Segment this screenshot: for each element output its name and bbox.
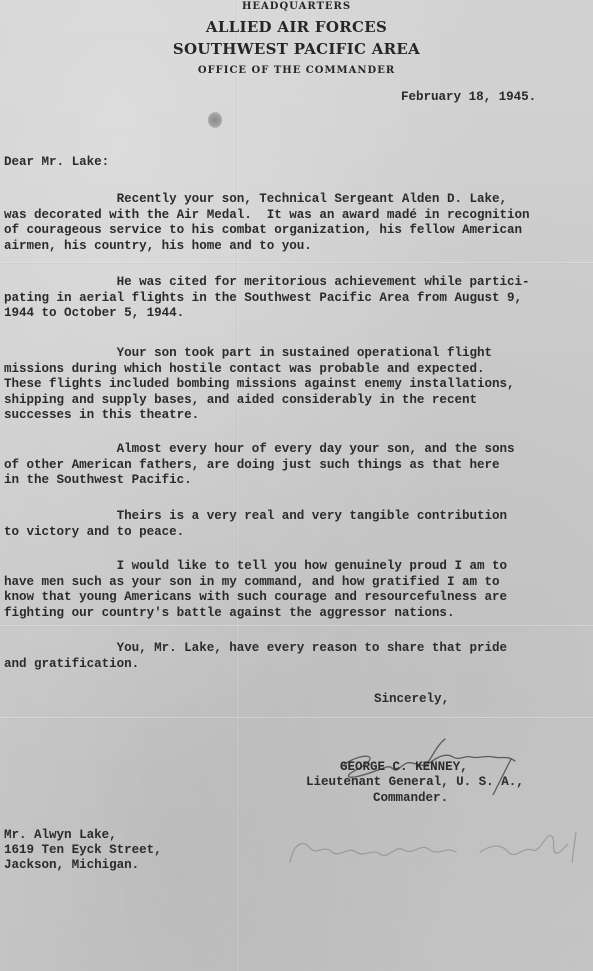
body-paragraph: Almost every hour of every day your son,… [4,442,515,489]
letterhead-headquarters: HEADQUARTERS [0,1,593,12]
paragraph-line: and gratification. [4,657,507,673]
paragraph-line: Recently your son, Technical Sergeant Al… [4,192,530,208]
letter-page: HEADQUARTERS ALLIED AIR FORCES SOUTHWEST… [0,0,593,971]
address-line-city: Jackson, Michigan. [4,858,139,874]
fold-line [0,717,593,719]
address-line-name: Mr. Alwyn Lake, [4,828,117,844]
paragraph-line: Theirs is a very real and very tangible … [4,509,507,525]
salutation: Dear Mr. Lake: [4,155,109,171]
punch-hole-mark [208,112,222,128]
paragraph-line: was decorated with the Air Medal. It was… [4,208,530,224]
address-line-street: 1619 Ten Eyck Street, [4,843,162,859]
paragraph-line: missions during which hostile contact wa… [4,362,515,378]
paragraph-line: fighting our country's battle against th… [4,606,507,622]
letterhead-allied-air-forces: ALLIED AIR FORCES [0,18,593,36]
paragraph-line: Your son took part in sustained operatio… [4,346,515,362]
paragraph-line: successes in this theatre. [4,408,515,424]
signer-role: Commander. [373,791,448,807]
letterhead-southwest-pacific-area: SOUTHWEST PACIFIC AREA [0,40,593,58]
letter-date: February 18, 1945. [401,90,536,106]
paragraph-line: of courageous service to his combat orga… [4,223,530,239]
paragraph-line: to victory and to peace. [4,525,507,541]
body-paragraph: Recently your son, Technical Sergeant Al… [4,192,530,254]
paragraph-line: I would like to tell you how genuinely p… [4,559,507,575]
body-paragraph: I would like to tell you how genuinely p… [4,559,507,621]
fold-line [0,625,593,627]
body-paragraph: Theirs is a very real and very tangible … [4,509,507,540]
paragraph-line: in the Southwest Pacific. [4,473,515,489]
body-paragraph: You, Mr. Lake, have every reason to shar… [4,641,507,672]
signer-name: GEORGE C. KENNEY, [340,760,468,776]
paragraph-line: have men such as your son in my command,… [4,575,507,591]
letterhead-office-of-commander: OFFICE OF THE COMMANDER [0,65,593,76]
pencil-note-scribble [280,822,585,872]
paragraph-line: shipping and supply bases, and aided con… [4,393,515,409]
paragraph-line: airmen, his country, his home and to you… [4,239,530,255]
paragraph-line: of other American fathers, are doing jus… [4,458,515,474]
fold-line [0,262,593,264]
signer-title: Lieutenant General, U. S. A., [306,775,524,791]
paragraph-line: He was cited for meritorious achievement… [4,275,530,291]
paragraph-line: Almost every hour of every day your son,… [4,442,515,458]
body-paragraph: He was cited for meritorious achievement… [4,275,530,322]
paragraph-line: 1944 to October 5, 1944. [4,306,530,322]
paragraph-line: You, Mr. Lake, have every reason to shar… [4,641,507,657]
paragraph-line: These flights included bombing missions … [4,377,515,393]
closing: Sincerely, [374,692,449,708]
paragraph-line: pating in aerial flights in the Southwes… [4,291,530,307]
body-paragraph: Your son took part in sustained operatio… [4,346,515,424]
paragraph-line: know that young Americans with such cour… [4,590,507,606]
